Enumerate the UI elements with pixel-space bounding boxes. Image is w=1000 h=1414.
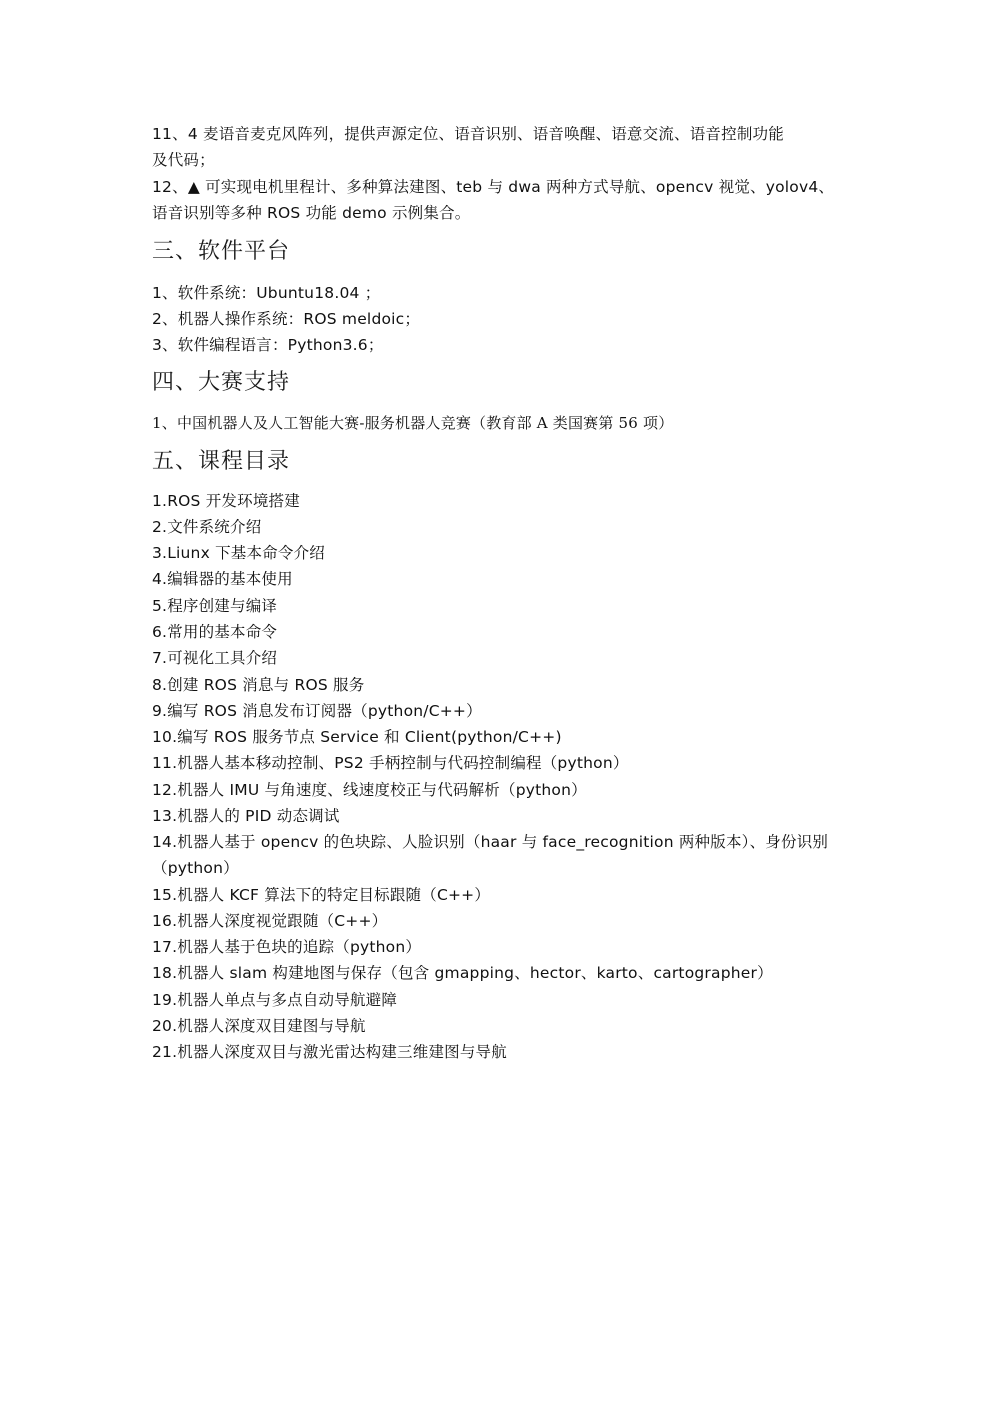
course-item-12: 12.机器人 IMU 与角速度、线速度校正与代码解析（python） bbox=[152, 780, 587, 800]
section-heading-competition-support: 四、大赛支持 bbox=[152, 369, 290, 397]
document-page: 11、4 麦语音麦克风阵列，提供声源定位、语音识别、语音唤醒、语意交流、语音控制… bbox=[0, 0, 1000, 1414]
course-item-18: 18.机器人 slam 构建地图与保存（包含 gmapping、hector、k… bbox=[152, 963, 773, 983]
course-item-16: 16.机器人深度视觉跟随（C++） bbox=[152, 911, 387, 931]
course-item-20: 20.机器人深度双目建图与导航 bbox=[152, 1016, 366, 1036]
course-item-19: 19.机器人单点与多点自动导航避障 bbox=[152, 990, 397, 1010]
software-item-os: 1、软件系统：Ubuntu18.04 ； bbox=[152, 283, 380, 303]
course-item-9: 9.编写 ROS 消息发布订阅器（python/C++） bbox=[152, 701, 482, 721]
section-heading-course-catalog: 五、课程目录 bbox=[152, 448, 290, 476]
course-item-4: 4.编辑器的基本使用 bbox=[152, 569, 293, 589]
course-item-2: 2.文件系统介绍 bbox=[152, 517, 261, 537]
course-item-14: 14.机器人基于 opencv 的色块踪、人脸识别（haar 与 face_re… bbox=[152, 832, 828, 852]
course-item-11: 11.机器人基本移动控制、PS2 手柄控制与代码控制编程（python） bbox=[152, 753, 629, 773]
feature-item-11-line-2: 及代码； bbox=[152, 150, 215, 170]
feature-item-11-line-1: 11、4 麦语音麦克风阵列，提供声源定位、语音识别、语音唤醒、语意交流、语音控制… bbox=[152, 124, 784, 144]
course-item-6: 6.常用的基本命令 bbox=[152, 622, 277, 642]
competition-item-1: 1、中国机器人及人工智能大赛-服务机器人竞赛（教育部 A 类国赛第 56 项） bbox=[152, 413, 673, 433]
course-item-13: 13.机器人的 PID 动态调试 bbox=[152, 806, 340, 826]
course-item-3: 3.Liunx 下基本命令介绍 bbox=[152, 543, 325, 563]
feature-item-12-line-2: 语音识别等多种 ROS 功能 demo 示例集合。 bbox=[152, 203, 470, 223]
course-item-15: 15.机器人 KCF 算法下的特定目标跟随（C++） bbox=[152, 885, 490, 905]
software-item-ros: 2、机器人操作系统：ROS meldoic； bbox=[152, 309, 420, 329]
course-item-5: 5.程序创建与编译 bbox=[152, 596, 277, 616]
course-item-7: 7.可视化工具介绍 bbox=[152, 648, 277, 668]
section-heading-software-platform: 三、软件平台 bbox=[152, 238, 290, 266]
course-item-17: 17.机器人基于色块的追踪（python） bbox=[152, 937, 421, 957]
course-item-21: 21.机器人深度双目与激光雷达构建三维建图与导航 bbox=[152, 1042, 507, 1062]
course-item-10: 10.编写 ROS 服务节点 Service 和 Client(python/C… bbox=[152, 727, 562, 747]
software-item-language: 3、软件编程语言：Python3.6； bbox=[152, 335, 384, 355]
feature-item-12-line-1: 12、▲ 可实现电机里程计、多种算法建图、teb 与 dwa 两种方式导航、op… bbox=[152, 177, 834, 197]
course-item-8: 8.创建 ROS 消息与 ROS 服务 bbox=[152, 675, 364, 695]
course-item-14-continued: （python） bbox=[152, 858, 239, 878]
course-item-1: 1.ROS 开发环境搭建 bbox=[152, 491, 300, 511]
